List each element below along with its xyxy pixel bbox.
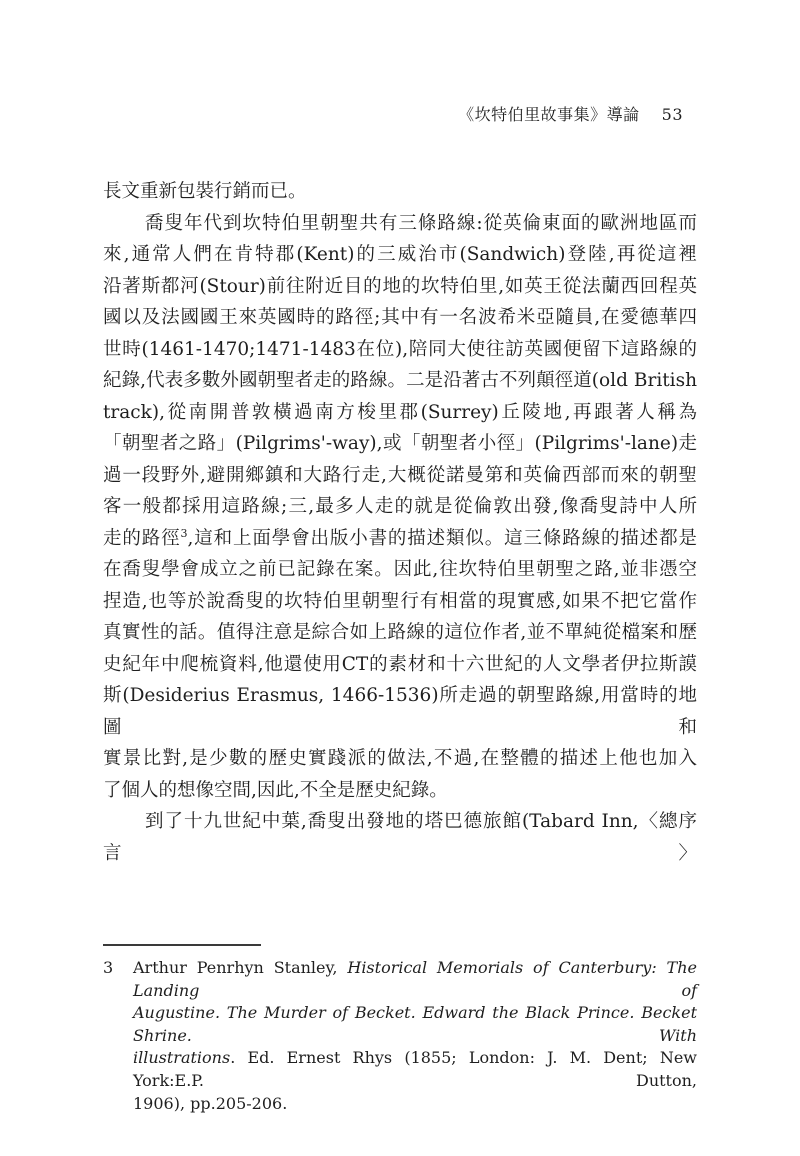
footnote-number: 3 — [103, 957, 113, 980]
footnote-line: Augustine. The Murder of Becket. Edward … — [133, 1002, 697, 1047]
paragraph-line: 紀錄,代表多數外國朝聖者走的路線。二是沿著古不列顛徑道(old British — [103, 365, 697, 397]
footnote-line: Arthur Penrhyn Stanley, Historical Memor… — [133, 957, 697, 1002]
paragraph-line: 在喬叟學會成立之前已記錄在案。因此,往坎特伯里朝聖之路,並非憑空 — [103, 554, 697, 586]
paragraph-line: 真實性的話。值得注意是綜合如上路線的這位作者,並不單純從檔案和歷 — [103, 617, 697, 649]
paragraph-line: 國以及法國國王來英國時的路徑;其中有一名波希米亞隨員,在愛德華四 — [103, 302, 697, 334]
footnote-separator — [103, 944, 261, 946]
book-page: 《坎特伯里故事集》導論 53 長文重新包裝行銷而已。 喬叟年代到坎特伯里朝聖共有… — [0, 0, 800, 1156]
footnote-line: illustrations. Ed. Ernest Rhys (1855; Lo… — [133, 1047, 697, 1092]
body-text: 長文重新包裝行銷而已。 喬叟年代到坎特伯里朝聖共有三條路線:從英倫東面的歐洲地區… — [103, 176, 697, 869]
footnote-segment: Arthur Penrhyn Stanley, — [133, 958, 347, 977]
paragraph-line: 喬叟年代到坎特伯里朝聖共有三條路線:從英倫東面的歐洲地區而 — [103, 208, 697, 240]
paragraph-line: 捏造,也等於說喬叟的坎特伯里朝聖行有相當的現實感,如果不把它當作 — [103, 586, 697, 618]
footnote-block: 3 Arthur Penrhyn Stanley, Historical Mem… — [103, 957, 697, 1115]
footnote-line: 1906), pp.205-206. — [133, 1093, 697, 1116]
paragraph-line: 過一段野外,避開鄉鎮和大路行走,大概從諾曼第和英倫西部而來的朝聖 — [103, 460, 697, 492]
header-page-number: 53 — [662, 105, 683, 124]
paragraph-line: 到了十九世紀中葉,喬叟出發地的塔巴德旅館(Tabard Inn,〈總序言〉 — [103, 806, 697, 869]
paragraph-line: track),從南開普敦橫過南方梭里郡(Surrey)丘陵地,再跟著人稱為 — [103, 397, 697, 429]
paragraph-line: 斯(Desiderius Erasmus, 1466-1536)所走過的朝聖路線… — [103, 680, 697, 743]
paragraph-line: 了個人的想像空間,因此,不全是歷史紀錄。 — [103, 775, 697, 807]
footnote-text: Arthur Penrhyn Stanley, Historical Memor… — [103, 957, 697, 1115]
footnote-segment: illustrations — [133, 1048, 230, 1067]
paragraph-line: 沿著斯都河(Stour)前往附近目的地的坎特伯里,如英王從法蘭西回程英 — [103, 271, 697, 303]
footnote-segment: Augustine. The Murder of Becket. Edward … — [133, 1003, 697, 1045]
line-text: 走的路徑 — [103, 528, 180, 549]
paragraph-line: 史紀年中爬梳資料,他還使用CT的素材和十六世紀的人文學者伊拉斯謨 — [103, 649, 697, 681]
paragraph-line: 長文重新包裝行銷而已。 — [103, 176, 697, 208]
footnote-segment: 1906), pp.205-206. — [133, 1094, 287, 1113]
running-header: 《坎特伯里故事集》導論 53 — [103, 102, 683, 125]
paragraph-line: 實景比對,是少數的歷史實踐派的做法,不過,在整體的描述上他也加入 — [103, 743, 697, 775]
paragraph-line: 世時(1461-1470;1471-1483在位),陪同大使往訪英國便留下這路線… — [103, 334, 697, 366]
paragraph-line: 走的路徑3,這和上面學會出版小書的描述類似。這三條路線的描述都是 — [103, 523, 697, 555]
header-title: 《坎特伯里故事集》導論 — [458, 102, 640, 125]
paragraph-line: 「朝聖者之路」(Pilgrims'-way),或「朝聖者小徑」(Pilgrims… — [103, 428, 697, 460]
paragraph-line: 客一般都採用這路線;三,最多人走的就是從倫敦出發,像喬叟詩中人所 — [103, 491, 697, 523]
line-text: ,這和上面學會出版小書的描述類似。這三條路線的描述都是 — [187, 528, 697, 549]
paragraph-line: 來,通常人們在肯特郡(Kent)的三威治市(Sandwich)登陸,再從這裡 — [103, 239, 697, 271]
